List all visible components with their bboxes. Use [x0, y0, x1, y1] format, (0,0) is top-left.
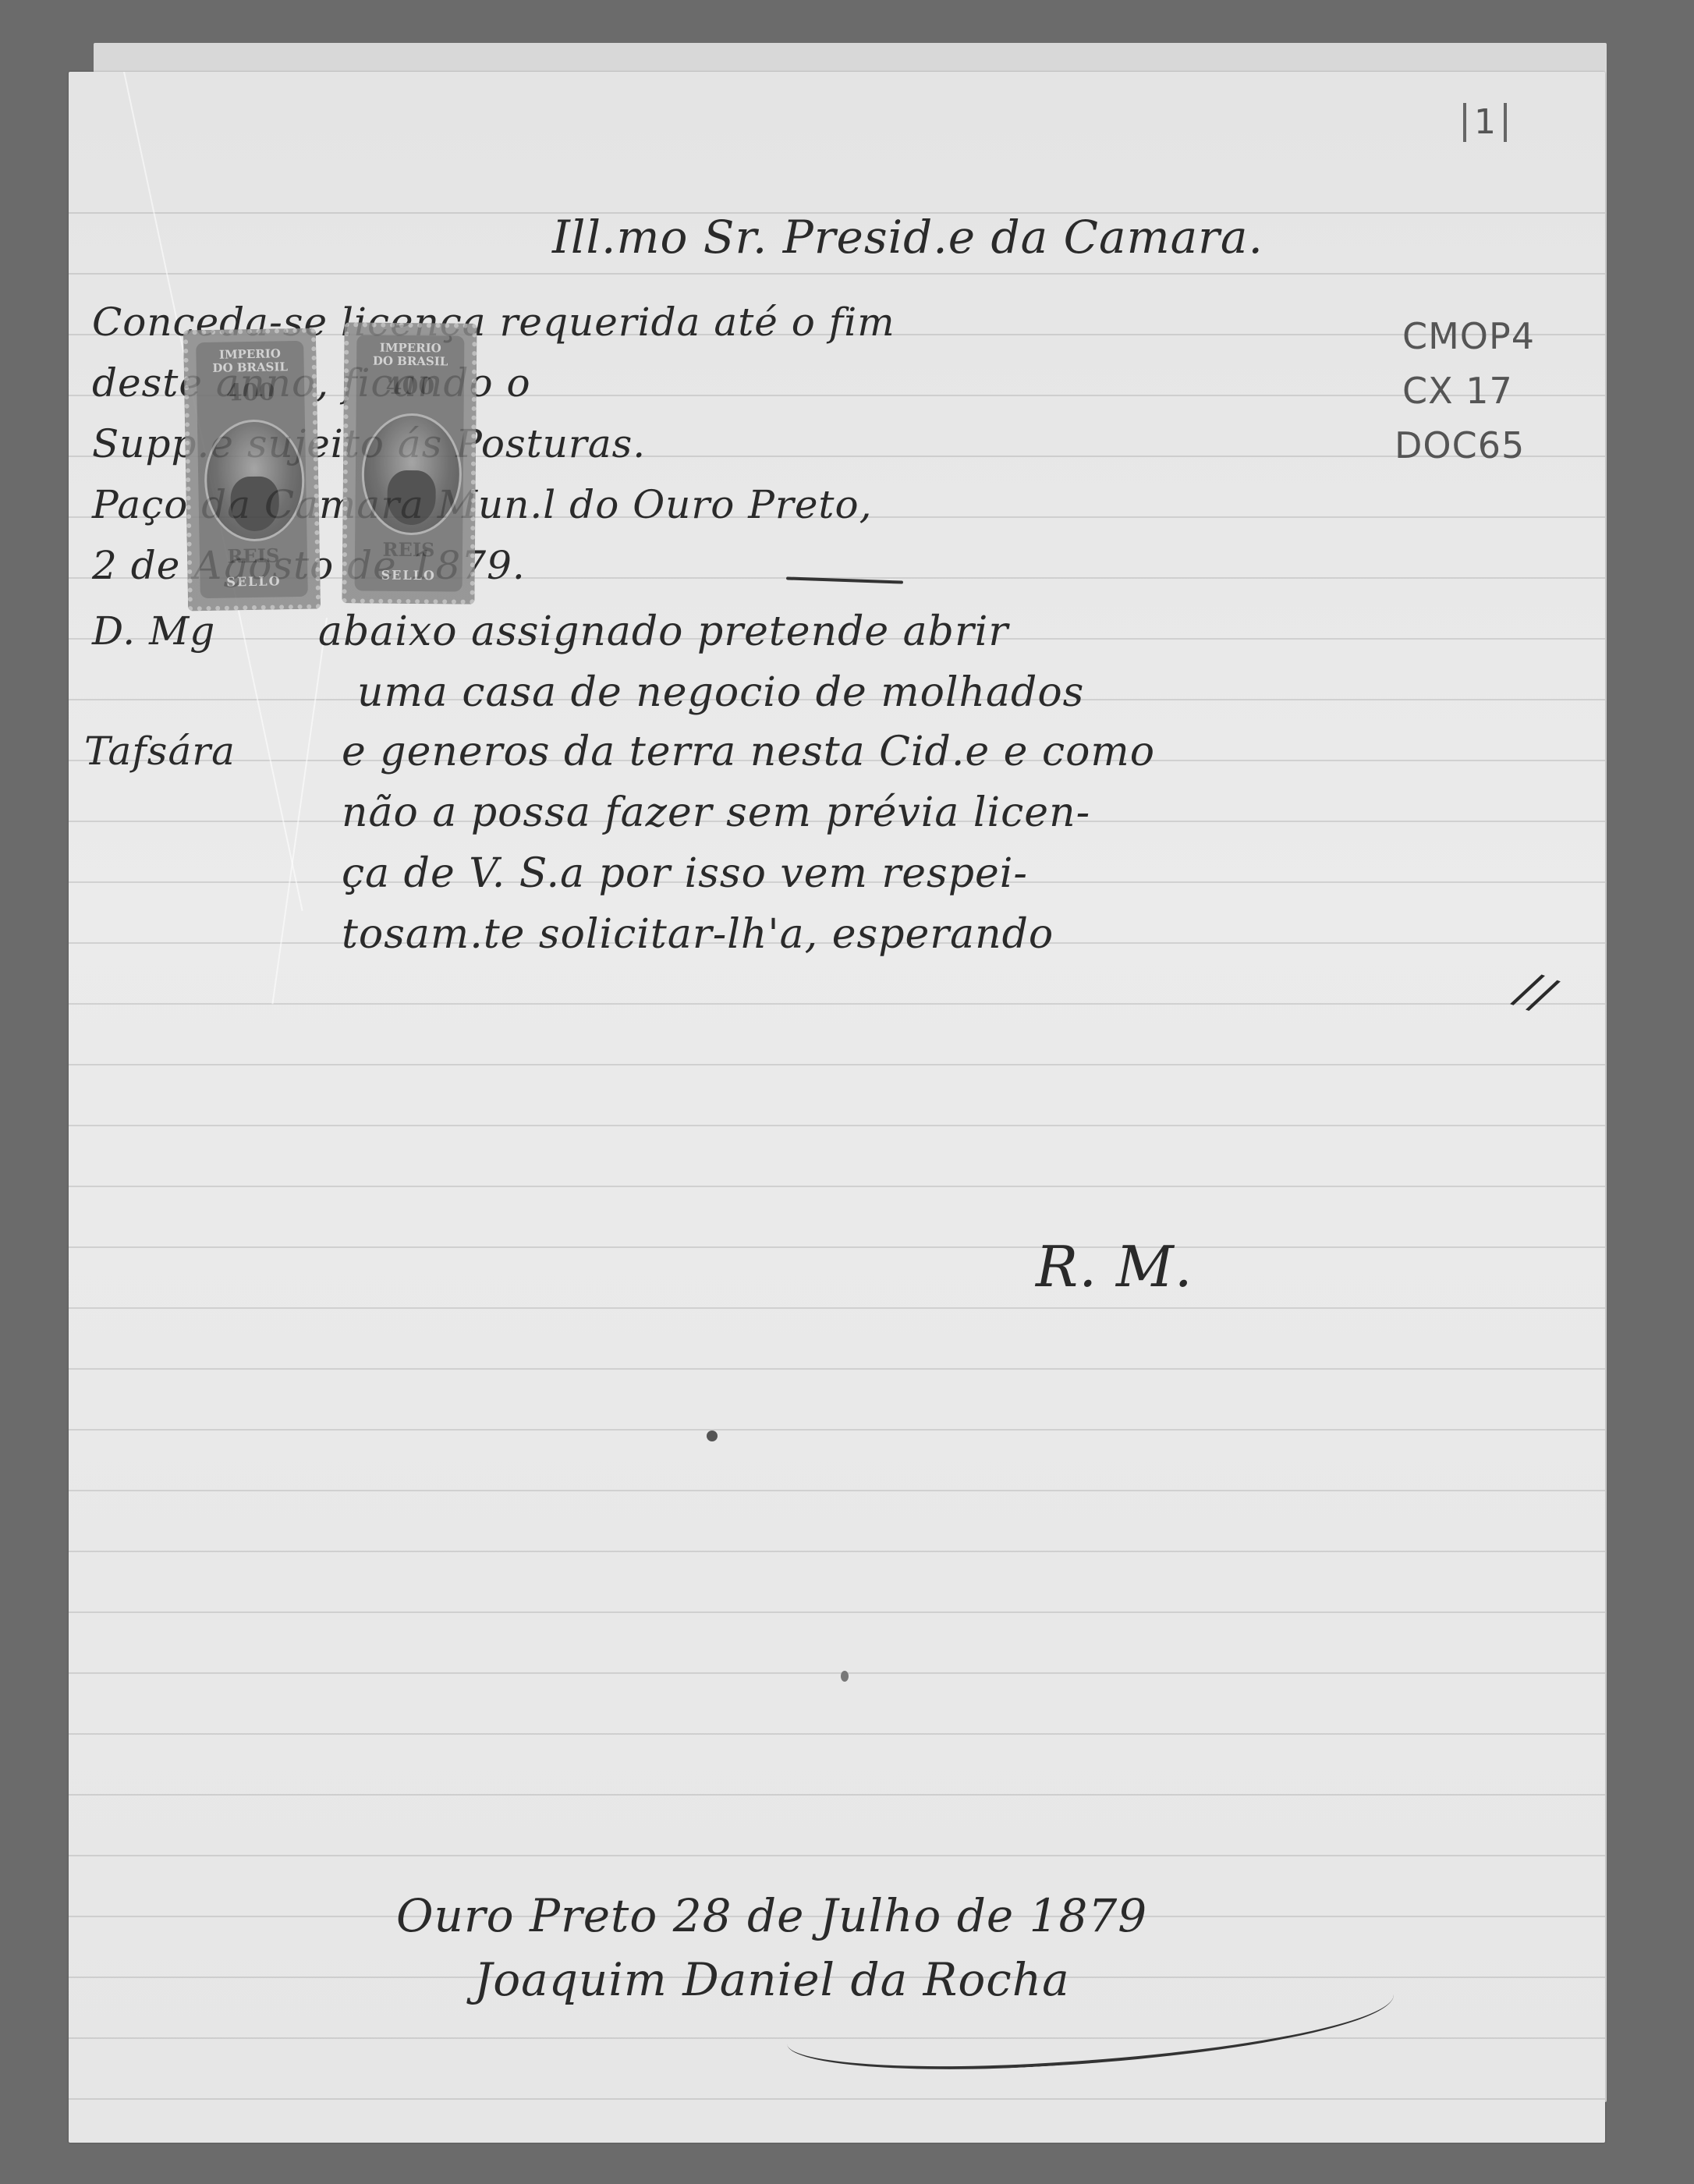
- emperor-portrait-icon: [361, 413, 462, 535]
- stamp-currency: REIS: [192, 544, 315, 569]
- archive-note-doc: DOC65: [1395, 424, 1525, 466]
- ruled-line: [69, 1733, 1605, 1735]
- stamp-title-line1: IMPERIO: [380, 341, 441, 356]
- ruled-line: [69, 1003, 1605, 1005]
- stamp-value: 400: [189, 378, 313, 408]
- ruled-line: [69, 1307, 1605, 1309]
- margin-note-name: Tafsára: [84, 729, 236, 774]
- end-mark: //: [1511, 961, 1561, 1023]
- stamp-title-line2: DO BRASIL: [373, 354, 448, 369]
- body-line-5: ça de V. S.a por isso vem respei-: [342, 850, 1028, 897]
- closing-formula: R. M.: [1036, 1234, 1193, 1299]
- ruled-line: [69, 1611, 1605, 1613]
- revenue-stamp: IMPERIO DO BRASIL 400 REIS SELLO: [342, 322, 477, 604]
- ruled-line: [69, 1855, 1605, 1856]
- ruled-line: [69, 1064, 1605, 1065]
- ruled-line: [69, 1794, 1605, 1796]
- archive-note-fund: CMOP4: [1402, 315, 1535, 357]
- ruled-line: [69, 1551, 1605, 1552]
- ruled-line: [69, 1490, 1605, 1491]
- ruled-line: [69, 1125, 1605, 1126]
- ruled-line: [69, 1186, 1605, 1187]
- place-and-date: Ouro Preto 28 de Julho de 1879: [396, 1889, 1147, 1942]
- document-page: 1 CMOP4 CX 17 DOC65 Ill.mo Sr. Presid.e …: [69, 72, 1605, 2143]
- stamp-title-line2: DO BRASIL: [212, 360, 288, 375]
- stamp-currency: REIS: [347, 537, 470, 561]
- ruled-line: [69, 1246, 1605, 1248]
- stamp-value: 400: [349, 372, 472, 400]
- stamp-label: SELLO: [192, 573, 315, 590]
- body-line-2: uma casa de negocio de molhados: [357, 669, 1084, 716]
- body-line-1: abaixo assignado pretende abrir: [318, 608, 1008, 655]
- body-line-4: não a possa fazer sem prévia licen-: [342, 789, 1090, 836]
- ruled-line: [69, 1672, 1605, 1674]
- stamp-title: IMPERIO DO BRASIL: [349, 341, 472, 368]
- revenue-stamp: IMPERIO DO BRASIL 400 REIS SELLO: [183, 328, 321, 612]
- ruled-line: [69, 273, 1605, 275]
- stamp-title: IMPERIO DO BRASIL: [188, 347, 312, 376]
- ink-spot: [841, 1671, 849, 1682]
- stamp-label: SELLO: [347, 567, 470, 583]
- salutation-heading: Ill.mo Sr. Presid.e da Camara.: [552, 211, 1263, 264]
- archive-note-box: CX 17: [1402, 370, 1513, 412]
- folio-number: 1: [1463, 103, 1507, 142]
- ruled-line: [69, 2098, 1605, 2100]
- ruled-line: [69, 1368, 1605, 1370]
- body-line-6: tosam.te solicitar-lh'a, esperando: [342, 911, 1054, 958]
- body-line-3: e generos da terra nesta Cid.e e como: [342, 729, 1155, 775]
- ruled-line: [69, 1429, 1605, 1431]
- margin-prefix: D. Mg: [92, 608, 215, 654]
- ink-spot: [707, 1431, 718, 1441]
